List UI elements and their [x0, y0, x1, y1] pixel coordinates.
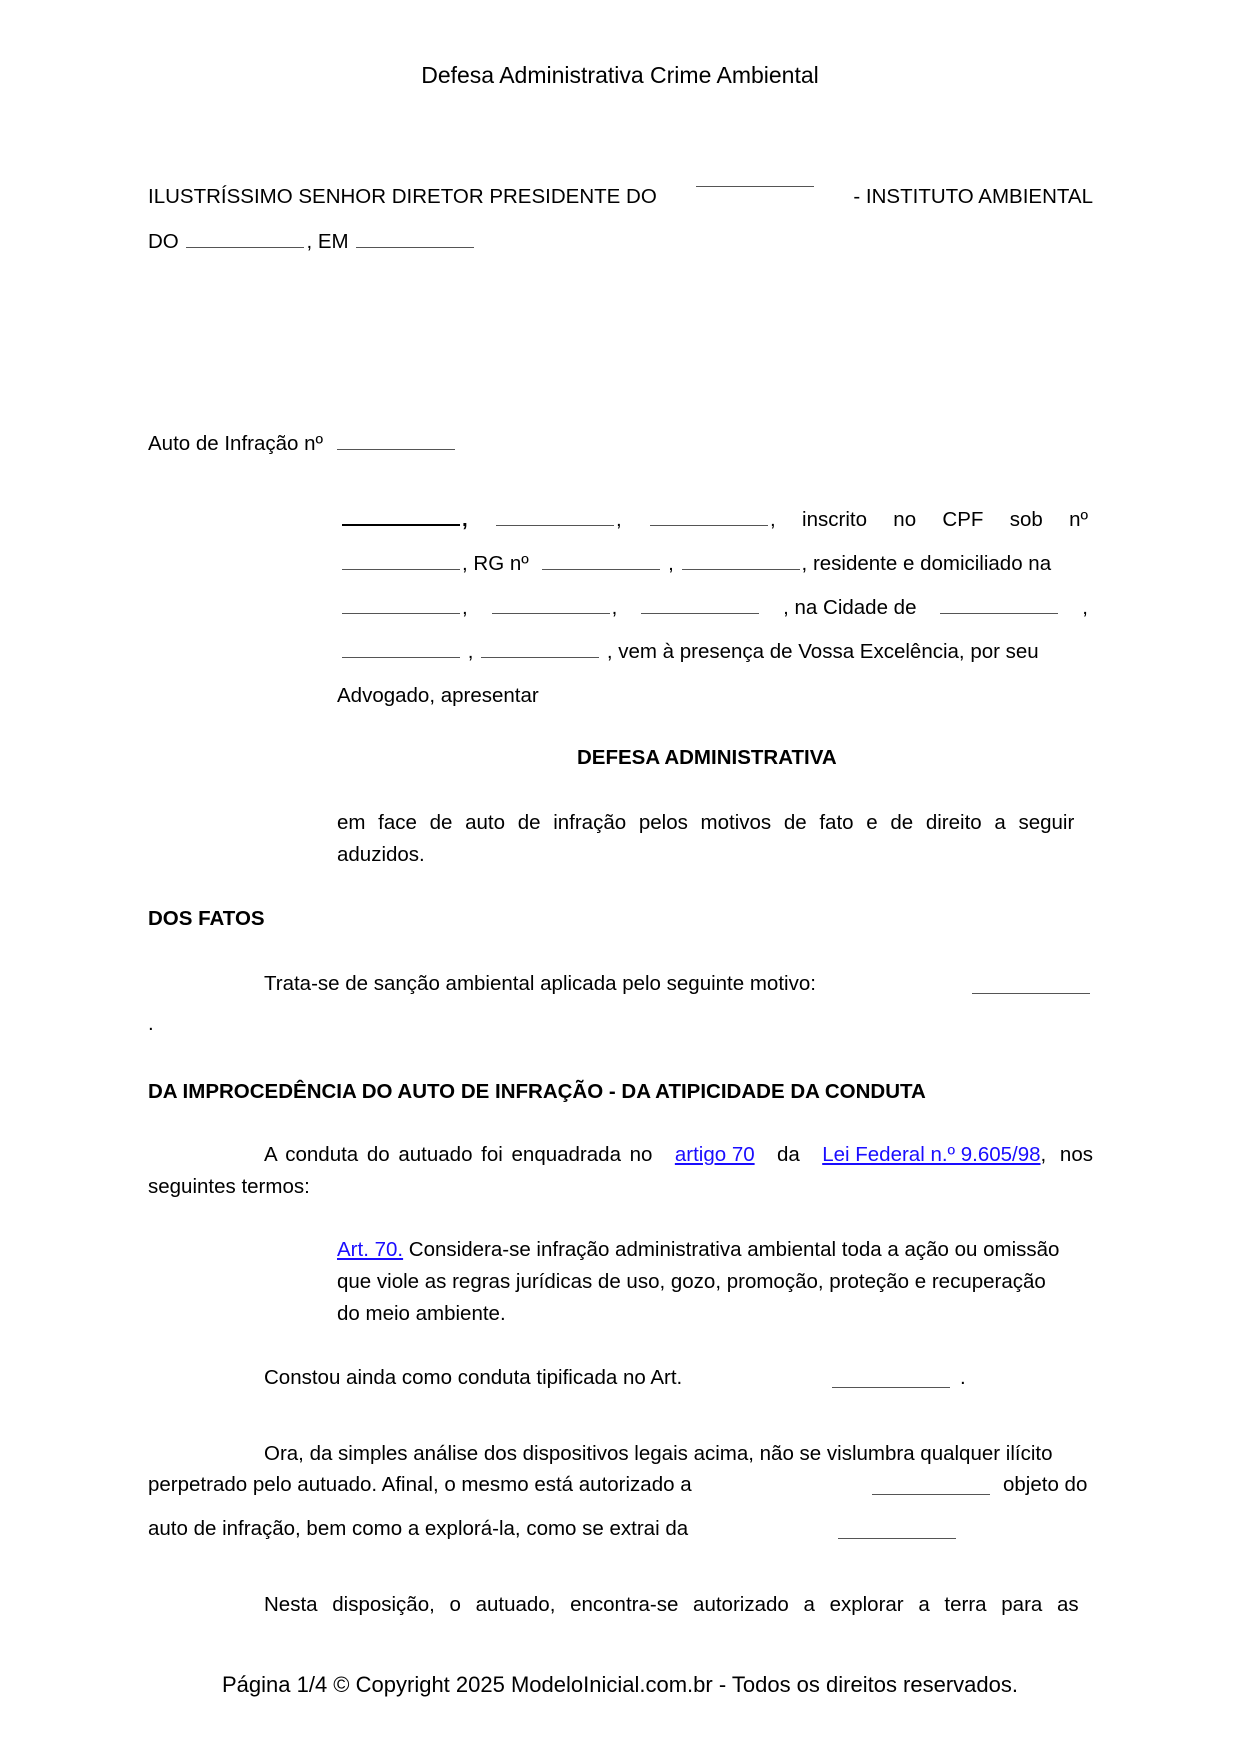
blank-field[interactable]	[492, 612, 610, 614]
addressee-text: DO	[148, 230, 179, 253]
improcedencia-p3-line1: Ora, da simples análise dos dispositivos…	[264, 1442, 1053, 1466]
addressee-line-1: ILUSTRÍSSIMO SENHOR DIRETOR PRESIDENTE D…	[148, 185, 1093, 209]
qualification-line-4: , , vem à presença de Vossa Excelência, …	[340, 640, 1096, 664]
blank-field[interactable]	[940, 612, 1058, 614]
blank-field[interactable]	[696, 185, 814, 187]
blank-field[interactable]	[342, 523, 460, 526]
word: CPF	[942, 508, 983, 532]
blank-field[interactable]	[872, 1493, 990, 1495]
improcedencia-p3-line2b: objeto do	[1003, 1473, 1087, 1497]
text: ,	[668, 552, 674, 575]
text: ,	[612, 596, 618, 619]
text: ,	[1082, 596, 1088, 620]
addressee-text: ILUSTRÍSSIMO SENHOR DIRETOR PRESIDENTE D…	[148, 185, 657, 209]
separator: ,	[616, 508, 622, 531]
text: da	[777, 1143, 800, 1167]
blank-field[interactable]	[682, 568, 800, 570]
blank-field[interactable]	[972, 992, 1090, 994]
text: , na Cidade de	[783, 596, 916, 620]
text: , vem à presença de Vossa Excelência, po…	[607, 640, 1039, 663]
auto-infracao-line: Auto de Infração nº	[148, 432, 1093, 456]
addressee-text: - INSTITUTO AMBIENTAL	[853, 185, 1093, 209]
blank-field[interactable]	[481, 656, 599, 658]
page-header-title: Defesa Administrativa Crime Ambiental	[0, 62, 1240, 89]
link-artigo-70[interactable]: artigo 70	[675, 1143, 755, 1167]
section-heading-improcedencia: DA IMPROCEDÊNCIA DO AUTO DE INFRAÇÃO - D…	[148, 1080, 1093, 1104]
word: nº	[1069, 508, 1088, 532]
improcedencia-p1-line1: A conduta do autuado foi enquadrada no a…	[264, 1143, 1093, 1167]
blank-field[interactable]	[342, 568, 460, 570]
page-footer: Página 1/4 © Copyright 2025 ModeloInicia…	[0, 1672, 1240, 1698]
blank-field[interactable]	[342, 656, 460, 658]
quote-line-1: Art. 70. Considera-se infração administr…	[337, 1238, 1093, 1262]
blank-field[interactable]	[641, 612, 759, 614]
improcedencia-p2-end: .	[960, 1366, 966, 1390]
qualification-line-3: , , , na Cidade de ,	[340, 596, 1088, 620]
improcedencia-p3-line3: auto de infração, bem como a explorá-la,…	[148, 1517, 688, 1541]
quote-line-2: que viole as regras jurídicas de uso, go…	[337, 1270, 1093, 1294]
improcedencia-p3-line2a: perpetrado pelo autuado. Afinal, o mesmo…	[148, 1473, 692, 1497]
link-lei-federal-9605[interactable]: Lei Federal n.º 9.605/98	[822, 1143, 1040, 1166]
qualification-line-1: , , , inscrito no CPF sob nº	[340, 508, 1088, 532]
text: , nos	[1041, 1143, 1093, 1166]
facts-text: Trata-se de sanção ambiental aplicada pe…	[264, 972, 816, 996]
blank-field[interactable]	[356, 246, 474, 248]
blank-field[interactable]	[496, 524, 614, 526]
blank-field[interactable]	[342, 612, 460, 614]
qualification-line-2: , RG nº , , residente e domiciliado na	[340, 552, 1096, 576]
intro-line-1: em face de auto de infração pelos motivo…	[337, 811, 1093, 835]
improcedencia-p4-line1: Nesta disposição, o autuado, encontra-se…	[264, 1593, 1093, 1617]
separator: ,	[462, 508, 468, 531]
addressee-line-2: DO , EM	[148, 230, 1093, 254]
word: sob	[1010, 508, 1043, 532]
section-heading-facts: DOS FATOS	[148, 907, 1093, 931]
document-title: DEFESA ADMINISTRATIVA	[577, 746, 837, 770]
blank-field[interactable]	[186, 246, 304, 248]
blank-field[interactable]	[838, 1537, 956, 1539]
text: ,	[462, 596, 468, 619]
text: , RG nº	[462, 552, 529, 575]
intro-text: em face de auto de infração pelos motivo…	[337, 811, 1074, 835]
facts-trailing-dot: .	[148, 1012, 154, 1036]
text: Nesta disposição, o autuado, encontra-se…	[264, 1593, 1079, 1617]
link-art-70[interactable]: Art. 70.	[337, 1238, 403, 1261]
text: , residente e domiciliado na	[802, 552, 1052, 575]
intro-line-2: aduzidos.	[337, 843, 1093, 867]
text: A conduta do autuado foi enquadrada no	[264, 1143, 652, 1167]
improcedencia-p1-line2: seguintes termos:	[148, 1175, 1093, 1199]
separator: ,	[770, 508, 776, 531]
blank-field[interactable]	[650, 524, 768, 526]
auto-infracao-label: Auto de Infração nº	[148, 432, 323, 455]
blank-field[interactable]	[337, 448, 455, 450]
improcedencia-p2: Constou ainda como conduta tipificada no…	[264, 1366, 682, 1390]
word: inscrito	[802, 508, 867, 532]
blank-field[interactable]	[832, 1386, 950, 1388]
text: ,	[468, 640, 474, 663]
qualification-line-5: Advogado, apresentar	[337, 684, 1093, 708]
blank-field[interactable]	[542, 568, 660, 570]
addressee-text: , EM	[306, 230, 348, 253]
quote-line-3: do meio ambiente.	[337, 1302, 1093, 1326]
word: no	[893, 508, 916, 532]
quote-text: Considera-se infração administrativa amb…	[409, 1238, 1060, 1261]
